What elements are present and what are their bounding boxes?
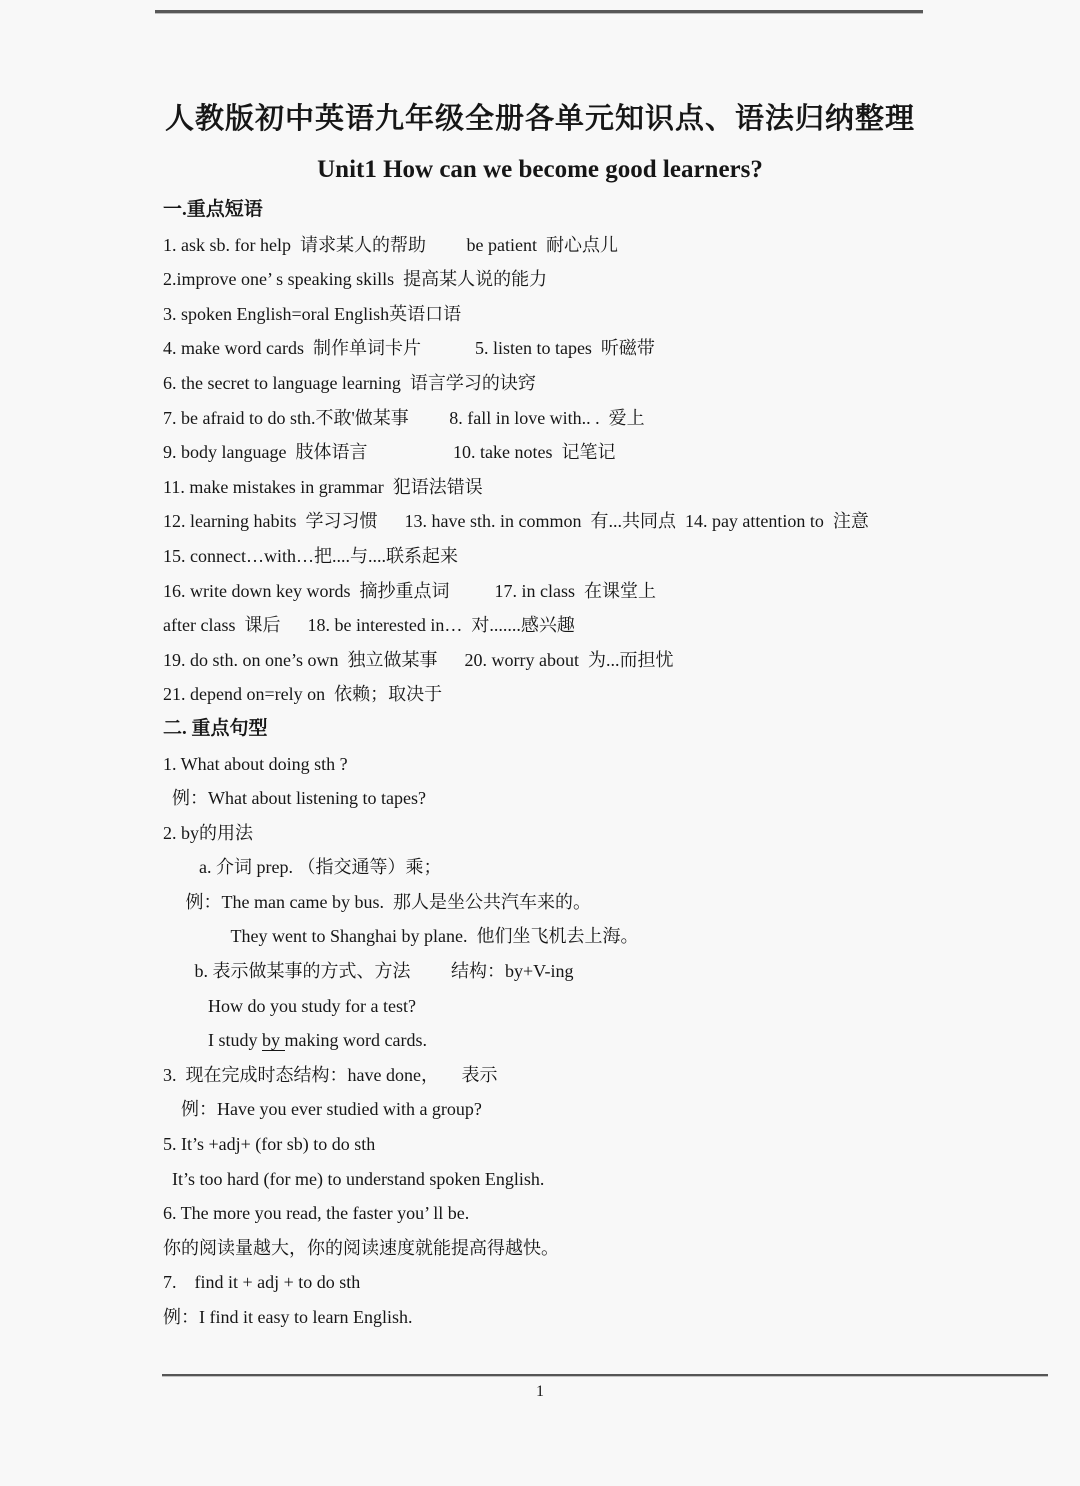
section-heading-key-patterns: 二. 重点句型	[163, 712, 1020, 747]
phrase-line: 16. write down key words 摘抄重点词 17. in cl…	[163, 574, 1020, 609]
phrase-line: 4. make word cards 制作单词卡片 5. listen to t…	[163, 331, 1020, 366]
phrase-line: 11. make mistakes in grammar 犯语法错误	[163, 470, 1020, 505]
pattern-line: 6. The more you read, the faster you’ ll…	[163, 1196, 1020, 1231]
pattern-line: 2. by的用法	[163, 816, 1020, 851]
phrase-line: 15. connect…with…把....与....联系起来	[163, 539, 1020, 574]
key-patterns-list-b: 3. 现在完成时态结构：have done， 表示 例：Have you eve…	[163, 1058, 1020, 1335]
pattern-line: a. 介词 prep. （指交通等）乘；	[163, 850, 1020, 885]
unit-title: Unit1 How can we become good learners?	[0, 156, 1080, 184]
document-page: 人教版初中英语九年级全册各单元知识点、语法归纳整理 Unit1 How can …	[0, 0, 1080, 1486]
phrase-line: 6. the secret to language learning 语言学习的…	[163, 366, 1020, 401]
phrase-line: after class 课后 18. be interested in… 对..…	[163, 608, 1020, 643]
pattern-line: It’s too hard (for me) to understand spo…	[163, 1162, 1020, 1197]
key-patterns-list-a: 1. What about doing sth ? 例：What about l…	[163, 747, 1020, 1024]
underline-line-prefix: I study	[163, 1030, 262, 1050]
pattern-line: 例：Have you ever studied with a group?	[163, 1092, 1020, 1127]
phrase-line: 2.improve one’ s speaking skills 提高某人说的能…	[163, 262, 1020, 297]
phrase-line: 12. learning habits 学习习惯 13. have sth. i…	[163, 504, 1020, 539]
document-body: 一.重点短语 1. ask sb. for help 请求某人的帮助 be pa…	[163, 193, 1020, 1335]
phrase-line: 19. do sth. on one’s own 独立做某事 20. worry…	[163, 643, 1020, 678]
footer-rule	[162, 1374, 1048, 1377]
pattern-line: 7. find it + adj + to do sth	[163, 1265, 1020, 1300]
section-heading-key-phrases: 一.重点短语	[163, 193, 1020, 228]
underline-line-suffix: making word cards.	[285, 1030, 427, 1050]
pattern-line: How do you study for a test?	[163, 989, 1020, 1024]
pattern-line: 例：The man came by bus. 那人是坐公共汽车来的。	[163, 885, 1020, 920]
pattern-line: b. 表示做某事的方式、方法 结构：by+V-ing	[163, 954, 1020, 989]
phrase-line: 7. be afraid to do sth.不敢'做某事 8. fall in…	[163, 401, 1020, 436]
header-rule	[155, 10, 923, 14]
key-phrases-list: 1. ask sb. for help 请求某人的帮助 be patient 耐…	[163, 228, 1020, 712]
pattern-line: 你的阅读量越大，你的阅读速度就能提高得越快。	[163, 1231, 1020, 1266]
underlined-word-by: by	[262, 1030, 285, 1051]
pattern-line: 例：What about listening to tapes?	[163, 781, 1020, 816]
pattern-line: 例：I find it easy to learn English.	[163, 1300, 1020, 1335]
page-number: 1	[0, 1383, 1080, 1401]
pattern-line: 1. What about doing sth ?	[163, 747, 1020, 782]
phrase-line: 21. depend on=rely on 依赖；取决于	[163, 677, 1020, 712]
pattern-line: 3. 现在完成时态结构：have done， 表示	[163, 1058, 1020, 1093]
pattern-line: They went to Shanghai by plane. 他们坐飞机去上海…	[163, 919, 1020, 954]
phrase-line: 9. body language 肢体语言 10. take notes 记笔记	[163, 435, 1020, 470]
phrase-line: 3. spoken English=oral English英语口语	[163, 297, 1020, 332]
document-title: 人教版初中英语九年级全册各单元知识点、语法归纳整理	[0, 96, 1080, 137]
pattern-line-underlined-by: I study by making word cards.	[163, 1023, 1020, 1058]
phrase-line: 1. ask sb. for help 请求某人的帮助 be patient 耐…	[163, 228, 1020, 263]
pattern-line: 5. It’s +adj+ (for sb) to do sth	[163, 1127, 1020, 1162]
